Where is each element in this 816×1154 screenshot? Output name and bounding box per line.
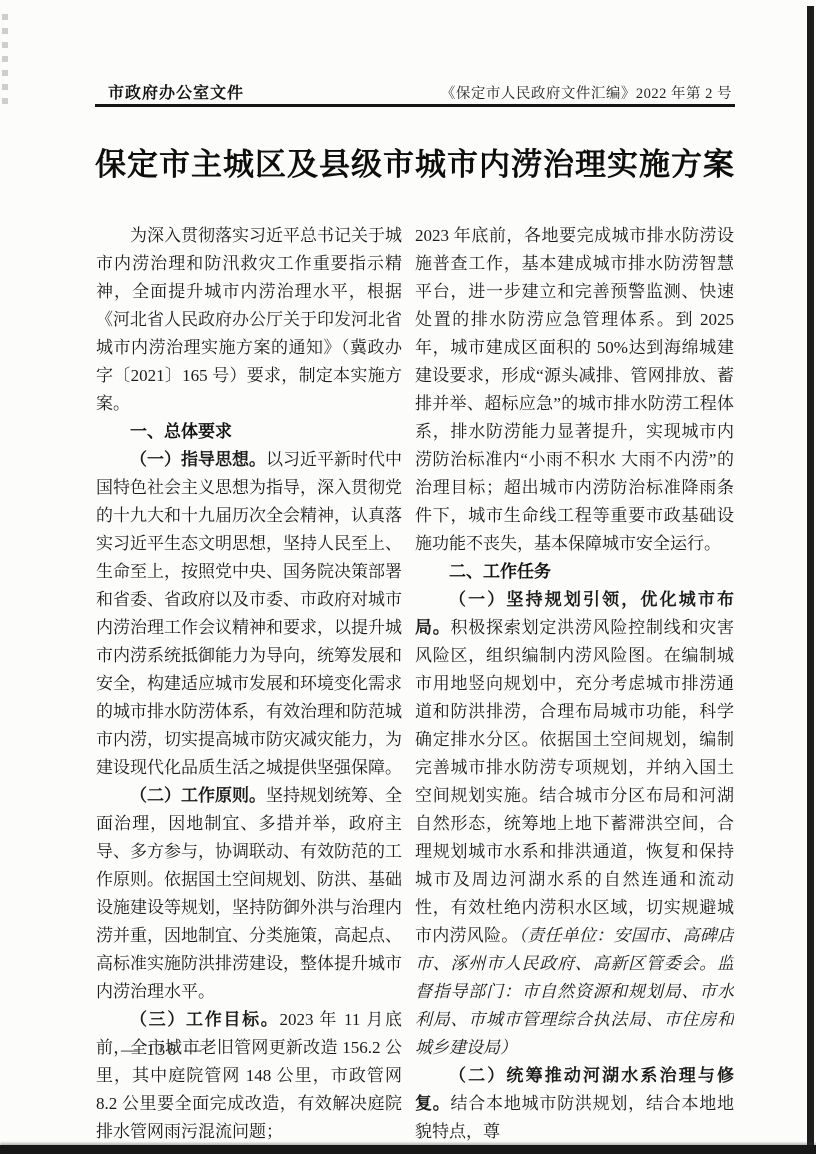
paragraph: 2023 年底前，各地要完成城市排水防涝设施普查工作，基本建成城市排水防涝智慧平… [415,222,734,558]
section-heading: 一、总体要求 [96,418,402,446]
column-left: 为深入贯彻落实习近平总书记关于城市内涝治理和防汛救灾工作重要指示精神，全面提升城… [96,222,402,1146]
text-segment: 一、总体要求 [130,422,232,441]
paragraph: （二）统筹推动河湖水系治理与修复。结合本地城市防洪规划，结合本地地貌特点，尊 [415,1062,734,1146]
document-page: 市政府办公室文件 《保定市人民政府文件汇编》2022 年第 2 号 保定市主城区… [0,0,816,1154]
paragraph: （一）指导思想。以习近平新时代中国特色社会主义思想为指导，深入贯彻党的十九大和十… [96,446,402,782]
text-segment: （一）指导思想。 [130,450,266,469]
text-segment: 坚持规划统筹、全面治理，因地制宜、多措并举，政府主导、多方参与，协调联动、有效防… [96,786,402,1001]
header-rule [95,104,735,107]
text-segment: 二、工作任务 [449,562,551,581]
column-right: 2023 年底前，各地要完成城市排水防涝设施普查工作，基本建成城市排水防涝智慧平… [415,222,734,1146]
scan-edge-right [807,6,814,1152]
scan-edge-bottom [0,1145,816,1154]
document-title: 保定市主城区及县级市城市内涝治理实施方案 [95,139,735,184]
paragraph: （二）工作原则。坚持规划统筹、全面治理，因地制宜、多措并举，政府主导、多方参与，… [96,782,402,1006]
header-left-text: 市政府办公室文件 [108,80,244,103]
text-segment: 为深入贯彻落实习近平总书记关于城市内涝治理和防汛救灾工作重要指示精神，全面提升城… [96,226,402,413]
text-segment: （二）工作原则。 [130,786,266,805]
section-heading: 二、工作任务 [415,558,734,586]
page-number: — 136 — [121,1040,203,1060]
paragraph: 为深入贯彻落实习近平总书记关于城市内涝治理和防汛救灾工作重要指示精神，全面提升城… [96,222,402,418]
paragraph: （一）坚持规划引领，优化城市布局。积极探索划定洪涝风险控制线和灾害风险区，组织编… [415,586,734,1062]
text-segment: 2023 年底前，各地要完成城市排水防涝设施普查工作，基本建成城市排水防涝智慧平… [415,226,734,553]
text-segment: 以习近平新时代中国特色社会主义思想为指导，深入贯彻党的十九大和十九届历次全会精神… [96,450,402,777]
text-segment: 结合本地城市防洪规划，结合本地地貌特点，尊 [415,1094,734,1141]
paragraph: （三）工作目标。2023 年 11 月底前，全市城市老旧管网更新改造 156.2… [96,1006,402,1146]
body-columns: 为深入贯彻落实习近平总书记关于城市内涝治理和防汛救灾工作重要指示精神，全面提升城… [96,222,734,1146]
scan-artifact-left [2,14,8,104]
header-right-text: 《保定市人民政府文件汇编》2022 年第 2 号 [441,82,732,103]
text-segment: （责任单位：安国市、高碑店市、涿州市人民政府、高新区管委会。监督指导部门：市自然… [415,926,734,1057]
text-segment: 积极探索划定洪涝风险控制线和灾害风险区，组织编制内涝风险图。在编制城市用地竖向规… [415,618,734,945]
text-segment: 2023 年 11 月底前，全市城市老旧管网更新改造 156.2 公里，其中庭院… [96,1010,402,1141]
text-segment: （三）工作目标。 [130,1010,279,1029]
